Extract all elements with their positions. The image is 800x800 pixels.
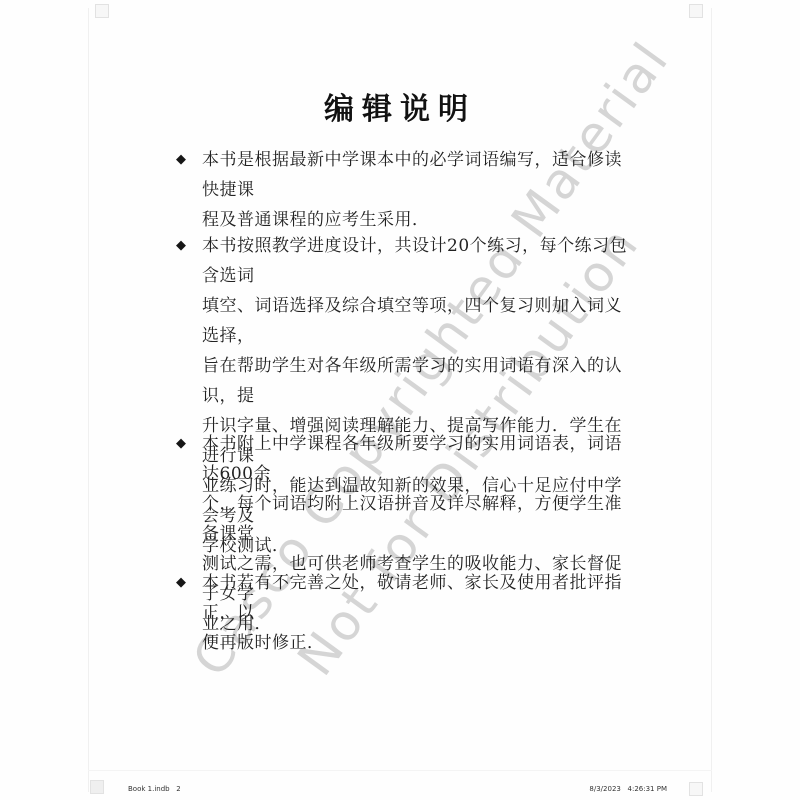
paragraph-line: 填空、词语选择及综合填空等项，四个复习则加入词义选择， <box>202 291 638 351</box>
paragraph-line: 旨在帮助学生对各年级所需学习的实用词语有深入的认识，提 <box>202 351 638 411</box>
diamond-bullet-icon: ◆ <box>176 429 202 459</box>
paragraph-line: 本书附上中学课程各年级所要学习的实用词语表，词语达600余 <box>202 429 638 489</box>
paragraph-4: 本书若有不完善之处，敬请老师、家长及使用者批评指正，以 便再版时修正． <box>202 568 638 658</box>
paragraph-line: 本书是根据最新中学课本中的必学词语编写，适合修读快捷课 <box>202 145 638 205</box>
diamond-bullet-icon: ◆ <box>176 568 202 598</box>
diamond-bullet-icon: ◆ <box>176 231 202 261</box>
paragraph-line: 本书按照教学进度设计，共设计20个练习，每个练习包含选词 <box>202 231 638 291</box>
diamond-bullet-icon: ◆ <box>176 145 202 175</box>
paragraph-1: 本书是根据最新中学课本中的必学词语编写，适合修读快捷课 程及普通课程的应考生采用… <box>202 145 638 235</box>
paragraph-line: 个，每个词语均附上汉语拼音及详尽解释，方便学生准备课堂 <box>202 489 638 549</box>
page-content: 编辑说明 ◆ 本书是根据最新中学课本中的必学词语编写，适合修读快捷课 程及普通课… <box>0 0 800 800</box>
paragraph-line: 便再版时修正． <box>202 628 638 658</box>
footer-timestamp-label: 8/3/2023 4:26:31 PM <box>589 785 667 793</box>
bullet-item-4: ◆ 本书若有不完善之处，敬请老师、家长及使用者批评指正，以 便再版时修正． <box>176 568 638 658</box>
footer-file-label: Book 1.indb 2 <box>128 785 181 793</box>
scanned-book-page: Casco Copyrighted Material Not for Distr… <box>0 0 800 800</box>
page-title: 编辑说明 <box>0 84 800 128</box>
paragraph-line: 本书若有不完善之处，敬请老师、家长及使用者批评指正，以 <box>202 568 638 628</box>
bullet-item-1: ◆ 本书是根据最新中学课本中的必学词语编写，适合修读快捷课 程及普通课程的应考生… <box>176 145 638 235</box>
